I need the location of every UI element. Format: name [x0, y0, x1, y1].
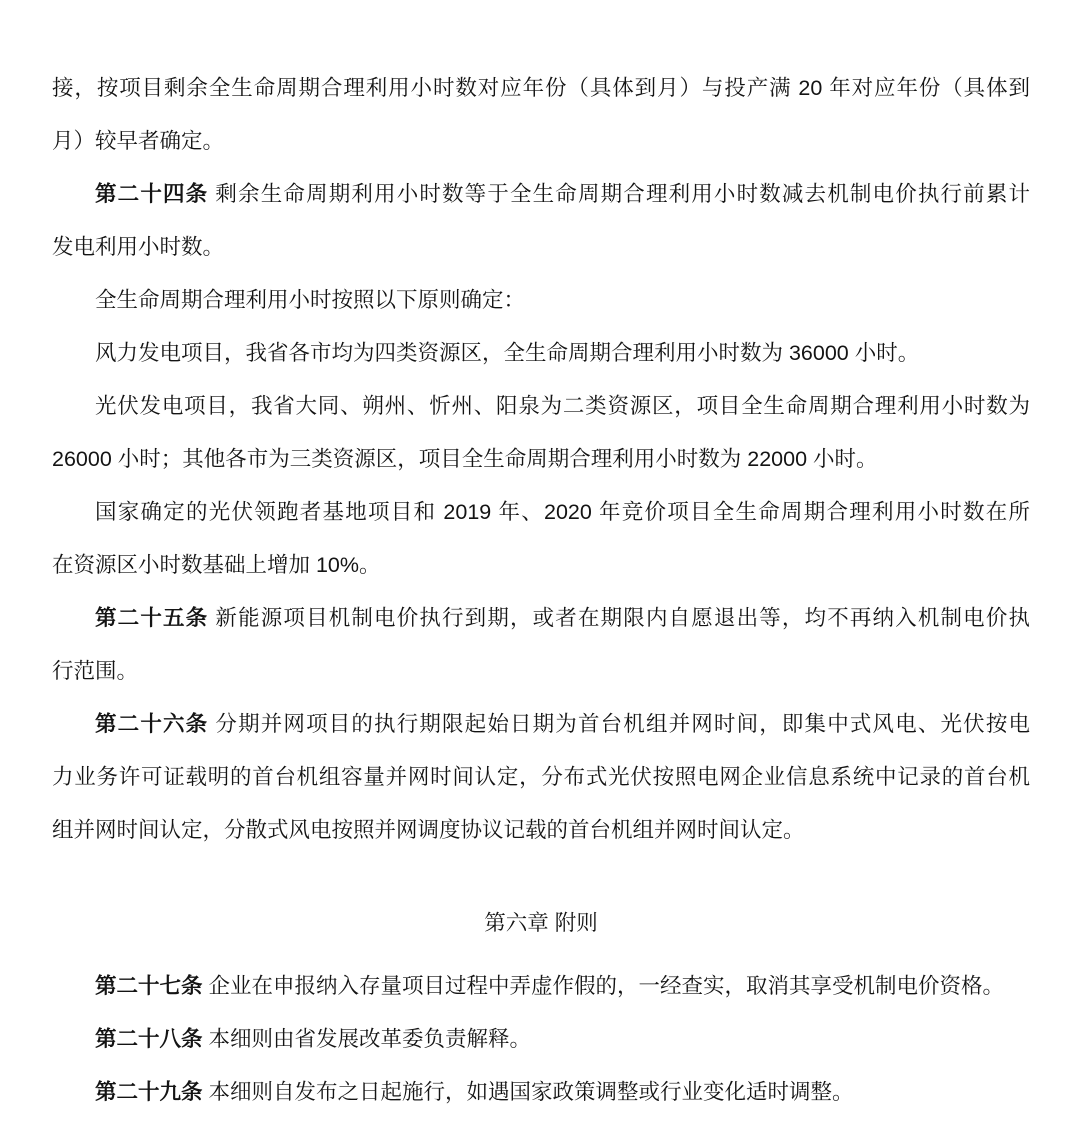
text-line: 第二十四条 剩余生命周期利用小时数等于全生命周期合理利用小时数减去机制电价执行前…: [52, 168, 1030, 221]
text-line: 接，按项目剩余全生命周期合理利用小时数对应年份（具体到月）与投产满 20 年对应…: [52, 62, 1030, 115]
paragraph: 风力发电项目，我省各市均为四类资源区，全生命周期合理利用小时数为 36000 小…: [52, 327, 1030, 380]
text-line: 第二十五条 新能源项目机制电价执行到期，或者在期限内自愿退出等，均不再纳入机制电…: [52, 592, 1030, 645]
text-line: 在资源区小时数基础上增加 10%。: [52, 539, 1030, 592]
paragraph: 全生命周期合理利用小时按照以下原则确定：: [52, 274, 1030, 327]
article-number: 第二十七条: [95, 974, 203, 998]
paragraph-article-27: 第二十七条 企业在申报纳入存量项目过程中弄虚作假的，一经查实，取消其享受机制电价…: [52, 960, 1030, 1013]
article-text: 企业在申报纳入存量项目过程中弄虚作假的，一经查实，取消其享受机制电价资格。: [203, 974, 1004, 998]
article-text: 剩余生命周期利用小时数等于全生命周期合理利用小时数减去机制电价执行前累计: [208, 182, 1030, 206]
text-line: 第二十六条 分期并网项目的执行期限起始日期为首台机组并网时间，即集中式风电、光伏…: [52, 698, 1030, 751]
paragraph-article-24: 第二十四条 剩余生命周期利用小时数等于全生命周期合理利用小时数减去机制电价执行前…: [52, 168, 1030, 274]
text-line: 第二十八条 本细则由省发展改革委负责解释。: [52, 1013, 1030, 1066]
text-line: 26000 小时；其他各市为三类资源区，项目全生命周期合理利用小时数为 2200…: [52, 433, 1030, 486]
paragraph: 接，按项目剩余全生命周期合理利用小时数对应年份（具体到月）与投产满 20 年对应…: [52, 62, 1030, 168]
text-line: 发电利用小时数。: [52, 221, 1030, 274]
text-line: 全生命周期合理利用小时按照以下原则确定：: [52, 274, 1030, 327]
article-number: 第二十五条: [95, 606, 208, 630]
article-number: 第二十六条: [95, 712, 208, 736]
paragraph: 光伏发电项目，我省大同、朔州、忻州、阳泉为二类资源区，项目全生命周期合理利用小时…: [52, 380, 1030, 486]
text-line: 第二十九条 本细则自发布之日起施行，如遇国家政策调整或行业变化适时调整。: [52, 1066, 1030, 1119]
paragraph-article-25: 第二十五条 新能源项目机制电价执行到期，或者在期限内自愿退出等，均不再纳入机制电…: [52, 592, 1030, 698]
chapter-heading: 第六章 附则: [52, 897, 1030, 950]
paragraph-article-26: 第二十六条 分期并网项目的执行期限起始日期为首台机组并网时间，即集中式风电、光伏…: [52, 698, 1030, 857]
text-line: 风力发电项目，我省各市均为四类资源区，全生命周期合理利用小时数为 36000 小…: [52, 327, 1030, 380]
document-page: 接，按项目剩余全生命周期合理利用小时数对应年份（具体到月）与投产满 20 年对应…: [0, 0, 1080, 1144]
article-text: 新能源项目机制电价执行到期，或者在期限内自愿退出等，均不再纳入机制电价执: [208, 606, 1030, 630]
article-number: 第二十四条: [95, 182, 208, 206]
article-text: 本细则由省发展改革委负责解释。: [203, 1027, 531, 1051]
text-line: 力业务许可证载明的首台机组容量并网时间认定，分布式光伏按照电网企业信息系统中记录…: [52, 751, 1030, 804]
paragraph: 国家确定的光伏领跑者基地项目和 2019 年、2020 年竞价项目全生命周期合理…: [52, 486, 1030, 592]
article-text: 分期并网项目的执行期限起始日期为首台机组并网时间，即集中式风电、光伏按电: [208, 712, 1030, 736]
text-line: 国家确定的光伏领跑者基地项目和 2019 年、2020 年竞价项目全生命周期合理…: [52, 486, 1030, 539]
text-line: 第二十七条 企业在申报纳入存量项目过程中弄虚作假的，一经查实，取消其享受机制电价…: [52, 960, 1030, 1013]
text-line: 月）较早者确定。: [52, 115, 1030, 168]
article-text: 本细则自发布之日起施行，如遇国家政策调整或行业变化适时调整。: [203, 1080, 854, 1104]
paragraph-article-29: 第二十九条 本细则自发布之日起施行，如遇国家政策调整或行业变化适时调整。: [52, 1066, 1030, 1119]
paragraph-article-28: 第二十八条 本细则由省发展改革委负责解释。: [52, 1013, 1030, 1066]
article-number: 第二十八条: [95, 1027, 203, 1051]
text-line: 行范围。: [52, 645, 1030, 698]
text-line: 组并网时间认定，分散式风电按照并网调度协议记载的首台机组并网时间认定。: [52, 804, 1030, 857]
text-line: 光伏发电项目，我省大同、朔州、忻州、阳泉为二类资源区，项目全生命周期合理利用小时…: [52, 380, 1030, 433]
article-number: 第二十九条: [95, 1080, 203, 1104]
